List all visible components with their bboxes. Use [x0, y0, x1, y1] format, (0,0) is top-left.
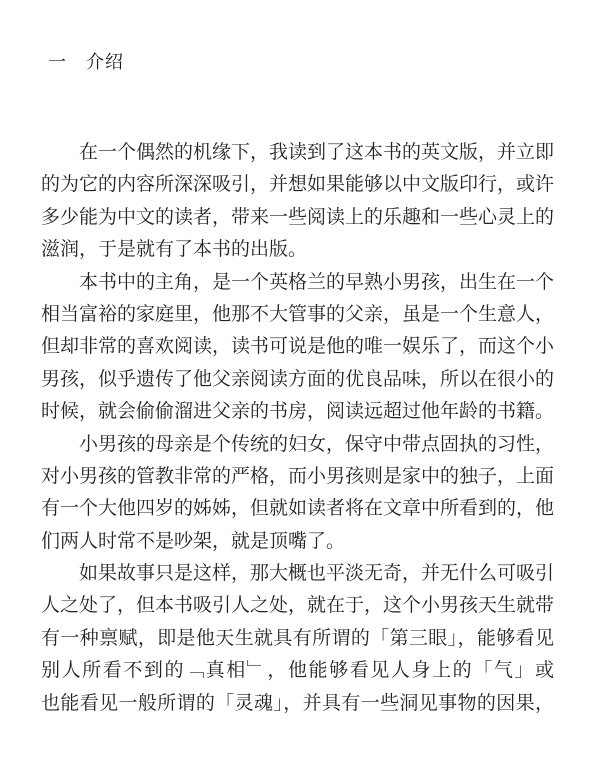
text-line: 对小男孩的管教非常的严格，而小男孩则是家中的独子，上面	[41, 461, 554, 493]
body-text: 在一个偶然的机缘下，我读到了这本书的英文版，并立即的为它的内容所深深吸引，并想如…	[41, 137, 554, 720]
text-line: 男孩，似乎遗传了他父亲阅读方面的优良品味，所以在很小的	[41, 364, 554, 396]
text-line: 多少能为中文的读者，带来一些阅读上的乐趣和一些心灵上的	[41, 202, 554, 234]
text-line: 时候，就会偷偷溜进父亲的书房，阅读远超过他年龄的书籍。	[41, 396, 554, 428]
paragraph: 如果故事只是这样，那大概也平淡无奇，并无什么可吸引人之处了，但本书吸引人之处，就…	[41, 558, 554, 720]
paragraph: 在一个偶然的机缘下，我读到了这本书的英文版，并立即的为它的内容所深深吸引，并想如…	[41, 137, 554, 267]
text-line: 小男孩的母亲是个传统的妇女，保守中带点固执的习性，	[41, 429, 554, 461]
paragraph: 小男孩的母亲是个传统的妇女，保守中带点固执的习性，对小男孩的管教非常的严格，而小…	[41, 429, 554, 559]
text-line: 也能看见一般所谓的「灵魂」，并具有一些洞见事物的因果，	[41, 688, 554, 720]
text-line: 相当富裕的家庭里，他那不大管事的父亲，虽是一个生意人，	[41, 299, 554, 331]
text-line: 但却非常的喜欢阅读，读书可说是他的唯一娱乐了，而这个小	[41, 331, 554, 363]
text-line: 别人所看不到的﹁真相﹂，他能够看见人身上的「气」或「光」，	[41, 655, 554, 687]
chapter-heading: 一 介绍	[48, 49, 124, 75]
book-page: 一 介绍 在一个偶然的机缘下，我读到了这本书的英文版，并立即的为它的内容所深深吸…	[0, 0, 598, 779]
text-line: 的为它的内容所深深吸引，并想如果能够以中文版印行，或许	[41, 169, 554, 201]
paragraph: 本书中的主角，是一个英格兰的早熟小男孩，出生在一个相当富裕的家庭里，他那不大管事…	[41, 267, 554, 429]
text-line: 滋润，于是就有了本书的出版。	[41, 234, 554, 266]
text-line: 如果故事只是这样，那大概也平淡无奇，并无什么可吸引	[41, 558, 554, 590]
text-line: 们两人时常不是吵架，就是顶嘴了。	[41, 526, 554, 558]
text-line: 有一个大他四岁的姊姊，但就如读者将在文章中所看到的，他	[41, 493, 554, 525]
text-line: 在一个偶然的机缘下，我读到了这本书的英文版，并立即	[41, 137, 554, 169]
text-line: 有一种禀赋，即是他天生就具有所谓的「第三眼」，能够看见	[41, 623, 554, 655]
text-line: 本书中的主角，是一个英格兰的早熟小男孩，出生在一个	[41, 267, 554, 299]
text-line: 人之处了，但本书吸引人之处，就在于，这个小男孩天生就带	[41, 590, 554, 622]
